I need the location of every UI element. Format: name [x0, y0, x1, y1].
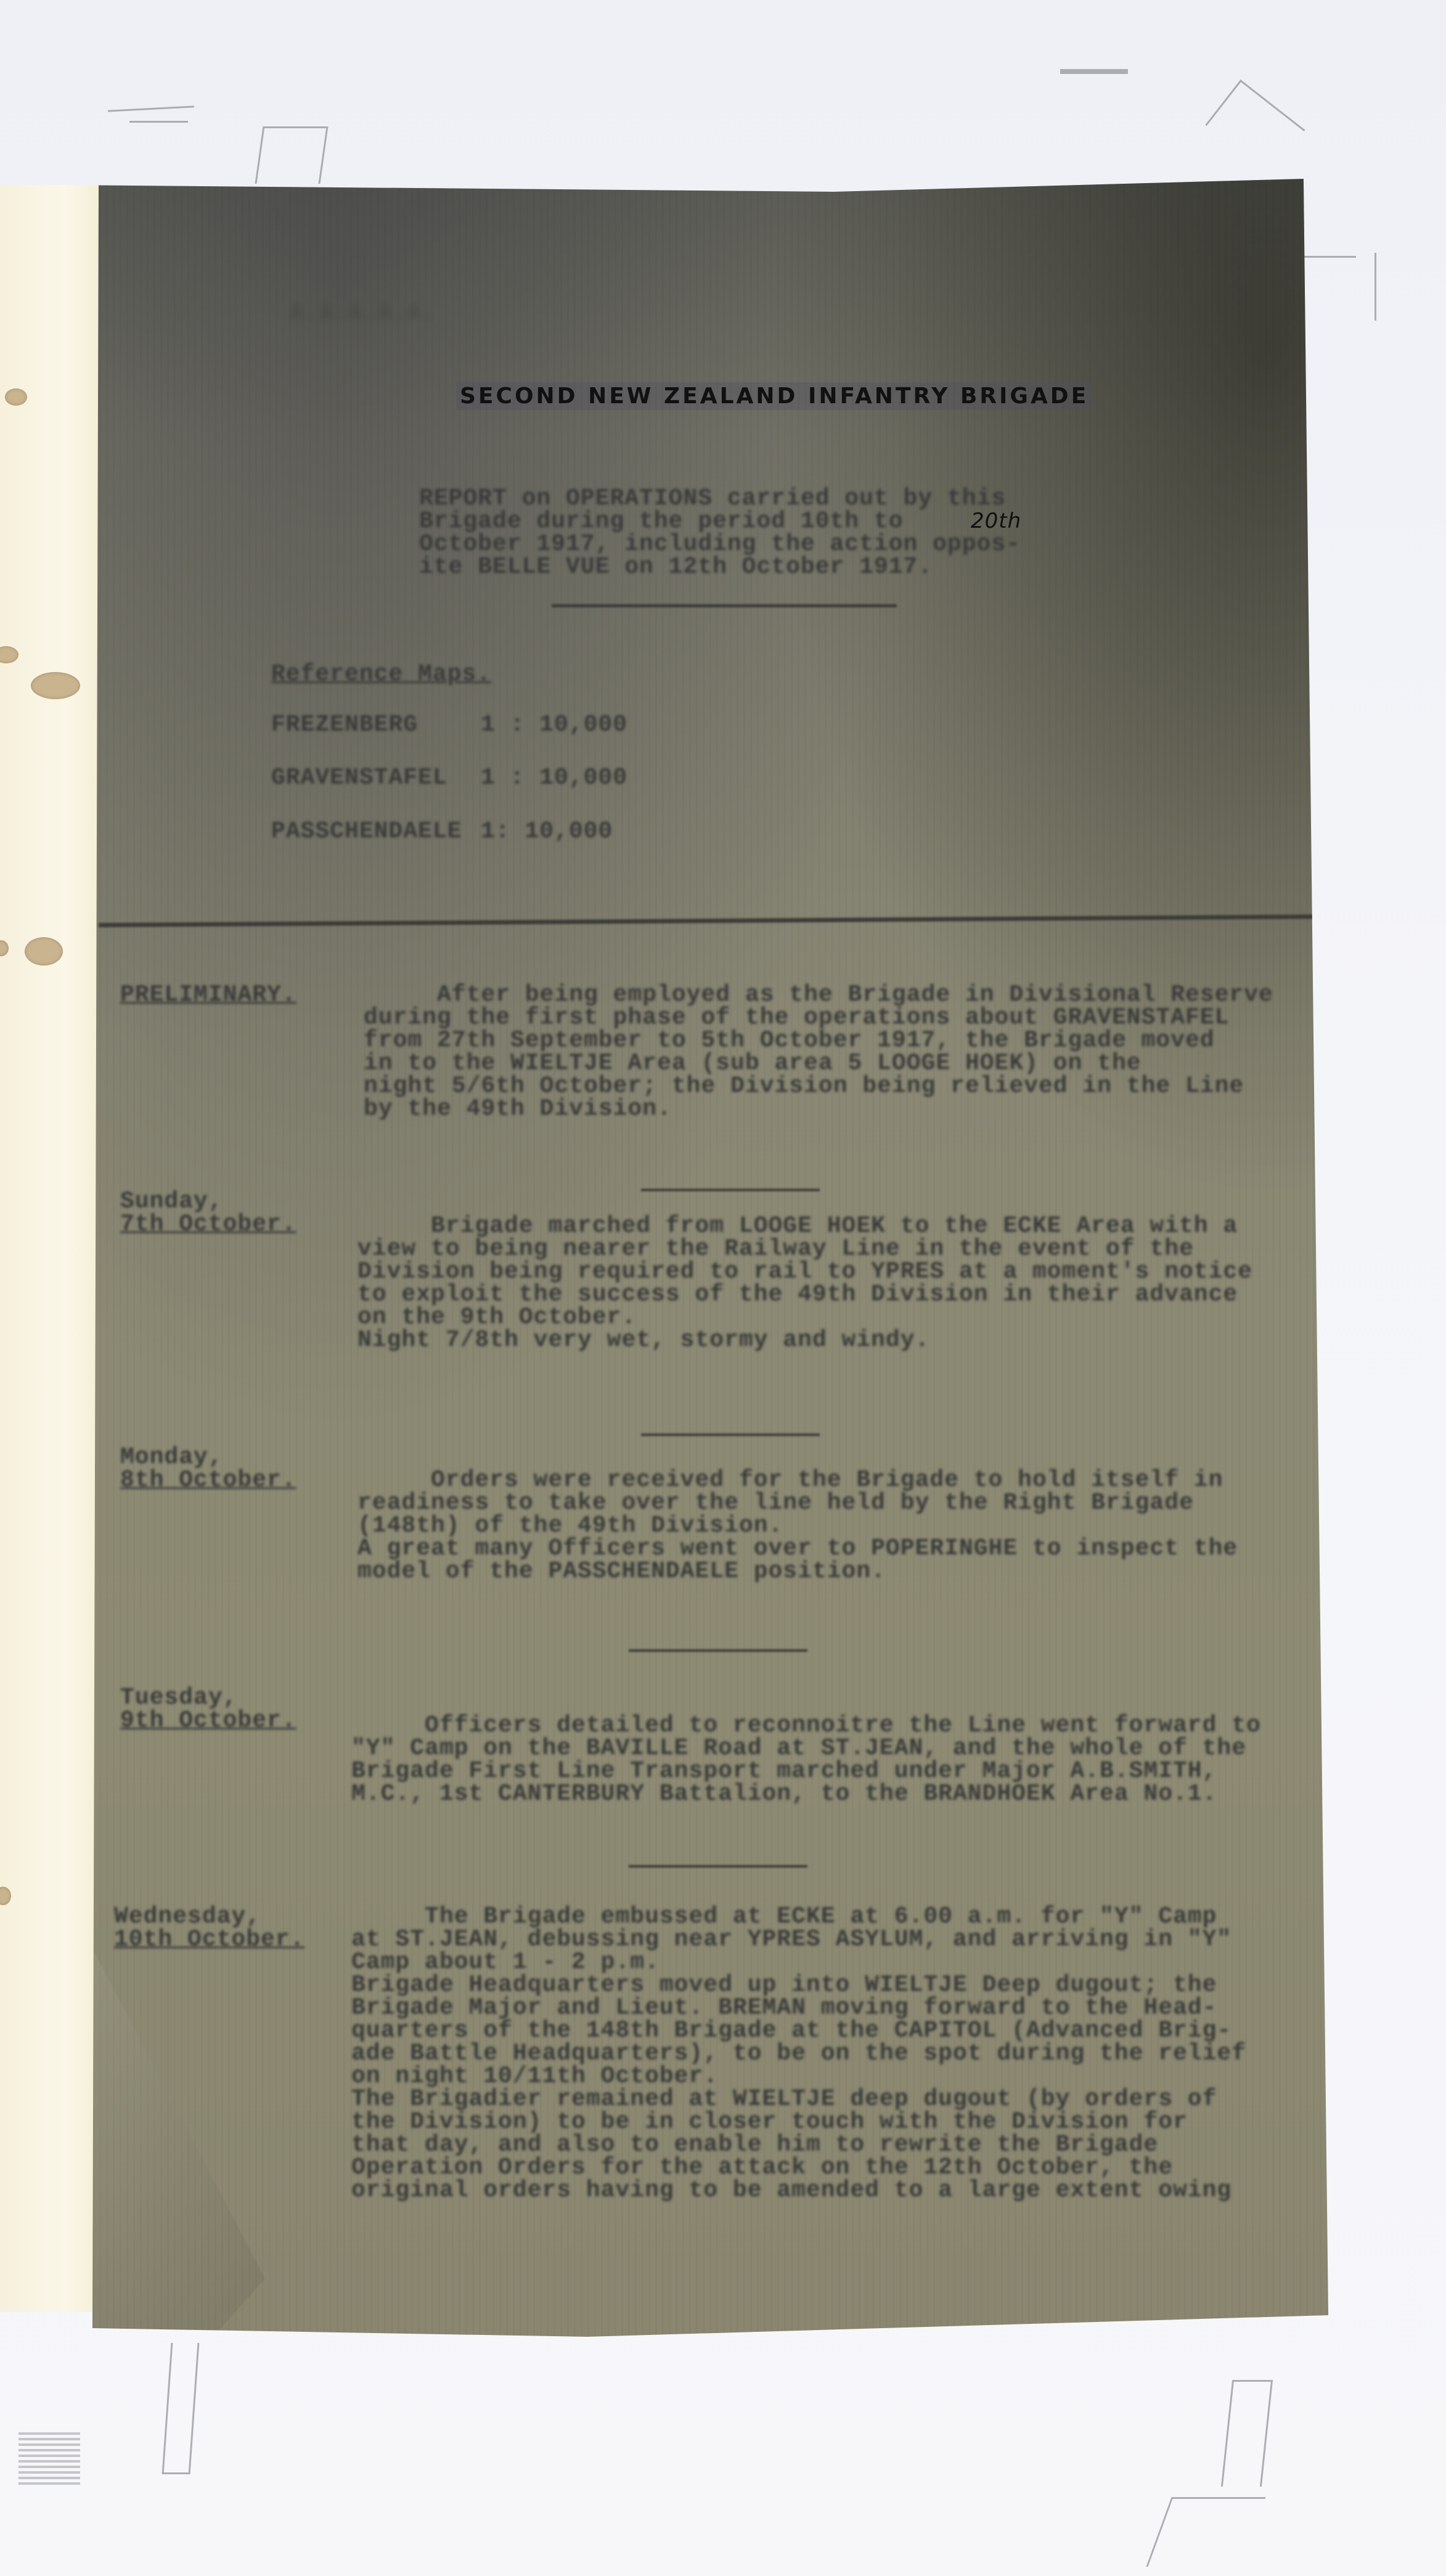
body-line: M.C., 1st CANTERBURY Battalion, to the B…: [351, 1782, 1217, 1805]
pencil-mark: [1375, 253, 1376, 321]
body-line: Brigade marched from LOOGE HOEK to the E…: [357, 1215, 1238, 1237]
body-line: Brigade Major and Lieut. BREMAN moving f…: [351, 1996, 1217, 2019]
body-line: in to the WIELTJE Area (sub area 5 LOOGE…: [364, 1052, 1142, 1075]
map-scale: 1: 10,000: [481, 820, 613, 843]
section-label: Wednesday,: [114, 1905, 261, 1928]
body-line: "Y" Camp on the BAVILLE Road at ST.JEAN,…: [351, 1737, 1246, 1760]
body-line: night 5/6th October; the Division being …: [364, 1075, 1244, 1097]
pencil-mark: [18, 2432, 80, 2488]
body-line: the Division) to be in closer touch with…: [351, 2110, 1188, 2133]
body-line: Brigade First Line Transport marched und…: [351, 1760, 1217, 1782]
punch-hole: [0, 1887, 11, 1905]
body-line: (148th) of the 49th Division.: [357, 1514, 783, 1537]
backing-page: [0, 185, 108, 2312]
body-line: Officers detailed to reconnoitre the Lin…: [351, 1714, 1261, 1737]
report-title-line: ite BELLE VUE on 12th October 1917.: [419, 556, 933, 578]
section-label: PRELIMINARY.: [120, 983, 296, 1006]
section-label: 10th October.: [114, 1928, 304, 1951]
body-line: The Brigadier remained at WIELTJE deep d…: [351, 2088, 1217, 2110]
map-scale: 1 : 10,000: [481, 766, 627, 789]
section-divider: [629, 1649, 807, 1652]
body-line: at ST.JEAN, debussing near YPRES ASYLUM,…: [351, 1928, 1232, 1951]
section-label: 9th October.: [120, 1709, 296, 1732]
document-sheet: A.A.A.A.A. SECOND NEW ZEALAND INFANTRY B…: [92, 179, 1328, 2337]
pencil-mark: [1205, 80, 1305, 175]
section-divider: [629, 1865, 807, 1868]
pencil-mark: [162, 2343, 200, 2474]
section-label: 8th October.: [120, 1469, 296, 1491]
body-line: ade Battle Headquarters), to be on the s…: [351, 2042, 1246, 2065]
body-line: by the 49th Division.: [364, 1097, 672, 1120]
body-line: Orders were received for the Brigade to …: [357, 1469, 1223, 1491]
report-title-line: REPORT on OPERATIONS carried out by this: [419, 487, 1006, 510]
body-line: After being employed as the Brigade in D…: [364, 983, 1273, 1006]
pencil-mark: [1301, 256, 1356, 258]
section-divider: [641, 1189, 820, 1191]
section-label: Sunday,: [120, 1190, 223, 1213]
body-line: Brigade Headquarters moved up into WIELT…: [351, 1974, 1217, 1996]
body-line: model of the PASSCHENDAELE position.: [357, 1560, 886, 1583]
section-divider: [641, 1434, 820, 1436]
pencil-mark: [255, 126, 328, 184]
body-line: on the 9th October.: [357, 1306, 636, 1329]
report-title-line: Brigade during the period 10th to: [419, 510, 904, 533]
report-title-line: October 1917, including the action oppos…: [419, 533, 1021, 556]
folded-corner: [92, 1948, 265, 2337]
body-line: Operation Orders for the attack on the 1…: [351, 2156, 1173, 2179]
faint-header: A.A.A.A.A.: [290, 302, 436, 325]
punch-hole: [0, 646, 18, 663]
unit-title: SECOND NEW ZEALAND INFANTRY BRIGADE: [456, 382, 1092, 410]
body-line: quarters of the 148th Brigade at the CAP…: [351, 2019, 1232, 2042]
map-name: PASSCHENDAELE: [271, 820, 462, 843]
pencil-mark: [1146, 2497, 1265, 2567]
body-line: Division being required to rail to YPRES…: [357, 1260, 1252, 1283]
pencil-mark: [1221, 2380, 1273, 2487]
title-underline: [552, 604, 897, 607]
body-line: on night 10/11th October.: [351, 2065, 718, 2088]
pencil-mark: [108, 105, 194, 112]
punch-hole: [5, 388, 27, 406]
map-name: FREZENBERG: [271, 713, 418, 736]
reference-maps-heading: Reference Maps.: [271, 663, 491, 686]
pencil-mark: [129, 121, 188, 123]
handwritten-date: 20th: [971, 509, 1021, 533]
punch-hole: [31, 672, 80, 699]
section-divider-heavy: [99, 914, 1325, 927]
body-line: original orders having to be amended to …: [351, 2179, 1232, 2202]
section-label: Tuesday,: [120, 1686, 237, 1709]
body-line: from 27th September to 5th October 1917,…: [364, 1029, 1215, 1052]
body-line: The Brigade embussed at ECKE at 6.00 a.m…: [351, 1905, 1217, 1928]
body-line: to exploit the success of the 49th Divis…: [357, 1283, 1238, 1306]
body-line: A great many Officers went over to POPER…: [357, 1537, 1238, 1560]
punch-hole: [25, 937, 63, 966]
body-line: Night 7/8th very wet, stormy and windy.: [357, 1329, 929, 1352]
section-label: 7th October.: [120, 1213, 296, 1236]
body-line: during the first phase of the operations…: [364, 1006, 1229, 1029]
pencil-mark: [1060, 69, 1128, 74]
punch-hole: [0, 940, 9, 956]
body-line: readiness to take over the line held by …: [357, 1491, 1194, 1514]
body-line: Camp about 1 - 2 p.m.: [351, 1951, 660, 1974]
map-scale: 1 : 10,000: [481, 713, 627, 736]
body-line: view to being nearer the Railway Line in…: [357, 1237, 1194, 1260]
map-name: GRAVENSTAFEL: [271, 766, 447, 789]
body-line: that day, and also to enable him to rewr…: [351, 2133, 1158, 2156]
section-label: Monday,: [120, 1446, 223, 1469]
